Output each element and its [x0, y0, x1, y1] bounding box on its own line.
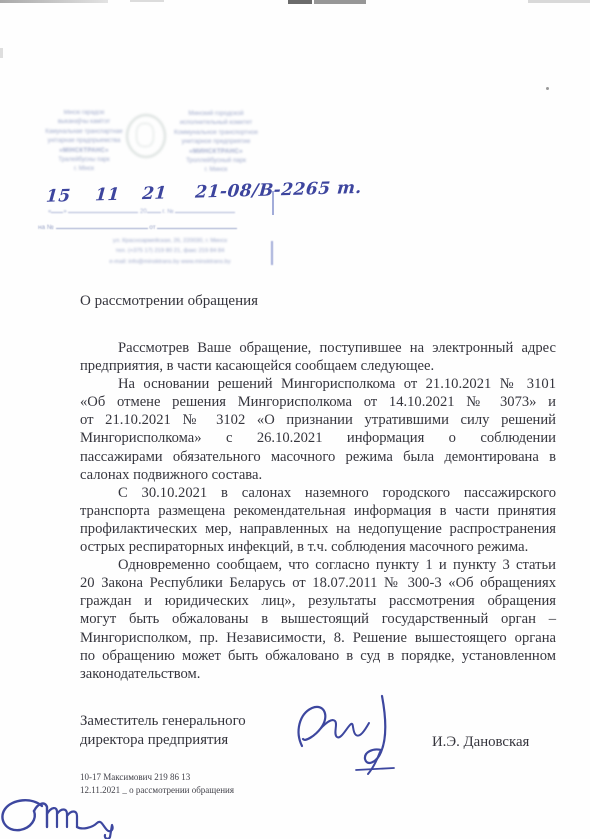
text-line: Одновременно сообщаем, что согласно пунк…: [80, 556, 556, 574]
registration-date-form-line: «» 20 г. №: [48, 206, 278, 215]
letterhead-address-block: ул. Красноармейская, 26, 220030, г. Минс…: [66, 236, 274, 267]
handwritten-number: 21-08/В-2265 т.: [195, 178, 363, 203]
paragraph: Одновременно сообщаем, что согласно пунк…: [80, 556, 556, 683]
text-line: могут быть обжалованы в вышестоящий госу…: [80, 610, 556, 628]
text-line: граждан и юридических лиц», результаты р…: [80, 592, 556, 610]
handwritten-year: 21: [141, 183, 167, 204]
paragraph: Рассмотрев Ваше обращение, поступившее н…: [80, 339, 556, 375]
text-line: 20 Закона Республики Беларусь от 18.07.2…: [80, 574, 556, 592]
letterhead-org-name: «МІНСКТРАНС»: [42, 147, 126, 156]
letterhead-line: г. Минск: [164, 165, 268, 174]
letterhead-line: г. Мінск: [42, 165, 126, 174]
text-line: законодательством.: [80, 665, 556, 683]
letterhead-line: выканаўчы камітэт: [42, 118, 126, 127]
letterhead-line: Тралейбусны парк: [42, 156, 126, 165]
letterhead-emblem: [126, 114, 166, 158]
scan-artifact: [288, 0, 312, 4]
text-line: салонах подвижного состава.: [80, 466, 556, 484]
reference-number-form-line: на № от: [38, 221, 278, 231]
scanned-letter-page: Мінскі гарадскі выканаўчы камітэт Камуна…: [0, 0, 590, 839]
document-subject-title: О рассмотрении обращения: [80, 293, 258, 310]
letterhead-line: унитарное предприятие: [164, 137, 268, 146]
handwritten-registration-number: 15 11 21 21-08/В-2265 т.: [45, 179, 316, 207]
text-line: Мингорисполкома» с 26.10.2021 информация…: [80, 429, 556, 447]
text-line: Мингорисполком, пр. Независимости, 8. Ре…: [80, 629, 556, 647]
address-line: e-mail: info@minsktrans.by www.minsktran…: [66, 257, 274, 267]
signature-block: Заместитель генерального директора предп…: [80, 712, 556, 750]
letterhead-org-name: «МИНСКТРАНС»: [164, 147, 268, 156]
scan-artifact: [130, 0, 164, 2]
text-line: от 21.10.2021 № 3102 «О признании утрати…: [80, 411, 556, 429]
signer-name: И.Э. Дановская: [432, 733, 529, 752]
text-line: транспорта размещена рекомендательная ин…: [80, 502, 556, 520]
paragraph: На основании решений Мингорисполкома от …: [80, 375, 556, 484]
text-line: пассажирами обязательного масочного режи…: [80, 448, 556, 466]
text-line: острых респираторных инфекций, в т.ч. со…: [80, 538, 556, 556]
letterhead-line: Троллейбусный парк: [164, 156, 268, 165]
scan-artifact: [314, 0, 366, 4]
scan-artifact: [0, 0, 108, 3]
letterhead-line: Коммунальное транспортное: [164, 128, 268, 137]
stamp-border-fragment: [272, 191, 274, 215]
scan-artifact: [528, 0, 590, 3]
letter-body: Рассмотрев Ваше обращение, поступившее н…: [80, 339, 556, 683]
registrar-signature-ink: [0, 792, 132, 839]
address-line: ул. Красноармейская, 26, 220030, г. Минс…: [66, 236, 274, 246]
text-line: предприятия, в части касающейся сообщаем…: [80, 357, 556, 375]
text-line: «Об отмене решения Мингорисполкома от 14…: [80, 393, 556, 411]
text-line: профилактических мер, направленных на не…: [80, 520, 556, 538]
scan-artifact: [546, 87, 549, 90]
letterhead-right-column: Минский городской исполнительный комитет…: [164, 109, 268, 175]
executor-phone-line: 10-17 Максимович 219 86 13: [80, 771, 234, 784]
text-line: Рассмотрев Ваше обращение, поступившее н…: [80, 339, 556, 357]
handwritten-day: 15: [45, 186, 71, 207]
handwritten-month: 11: [94, 185, 120, 206]
letterhead-line: унітарнае прадпрыемства: [42, 137, 126, 146]
director-signature-ink: [290, 692, 420, 776]
text-line: С 30.10.2021 в салонах наземного городск…: [80, 484, 556, 502]
text-line: На основании решений Мингорисполкома от …: [80, 375, 556, 393]
text-line: по обращению может быть обжаловано в суд…: [80, 647, 556, 665]
address-line: тел. (+375 17) 219 80 21, факс 219 84 84: [66, 246, 274, 256]
letterhead-line: Камунальнае транспартнае: [42, 128, 126, 137]
paragraph: С 30.10.2021 в салонах наземного городск…: [80, 484, 556, 556]
stamp-border-fragment: [271, 241, 273, 265]
letterhead-line: исполнительный комитет: [164, 118, 268, 127]
letterhead-line: Мінскі гарадскі: [42, 109, 126, 118]
scan-artifact: [0, 48, 3, 58]
letterhead-left-column: Мінскі гарадскі выканаўчы камітэт Камуна…: [42, 109, 126, 175]
letterhead-line: Минский городской: [164, 109, 268, 118]
